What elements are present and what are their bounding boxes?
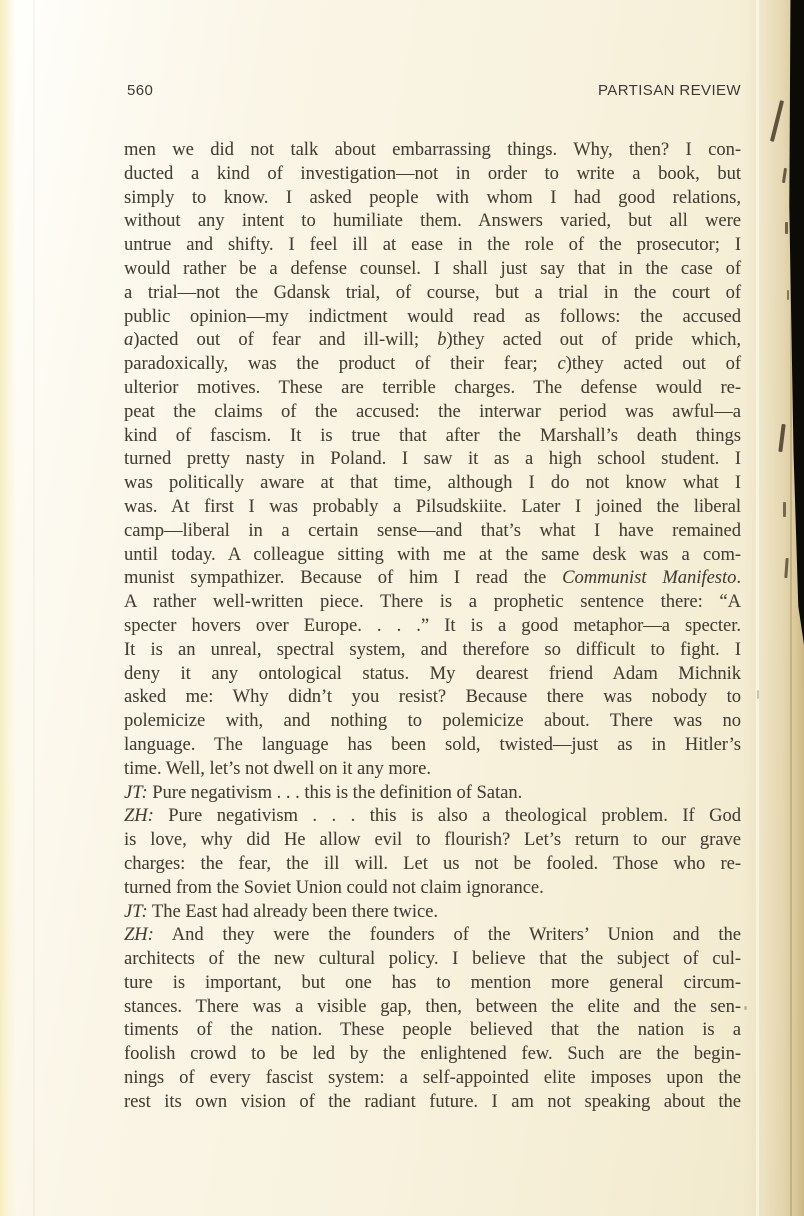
text-line: polemicize with, and nothing to polemici… (124, 710, 741, 734)
text-line: simply to know. I asked people with whom… (124, 187, 741, 211)
text-line: men we did not talk about embarrassing t… (124, 139, 741, 163)
text-line: ZH: Pure negativism . . . this is also a… (124, 805, 741, 829)
text-line: foolish crowd to be led by the enlighten… (124, 1043, 741, 1067)
text-line: architects of the new cultural policy. I… (124, 948, 741, 972)
text-line: kind of fascism. It is true that after t… (124, 425, 741, 449)
text-line: peat the claims of the accused: the inte… (124, 401, 741, 425)
text-line: time. Well, let’s not dwell on it any mo… (124, 758, 741, 782)
journal-title: PARTISAN REVIEW (598, 82, 741, 99)
text-line: without any intent to humiliate them. An… (124, 210, 741, 234)
text-line: It is an unreal, spectral system, and th… (124, 639, 741, 663)
page-header: 560 PARTISAN REVIEW (127, 82, 741, 99)
text-line: ducted a kind of investigation—not in or… (124, 163, 741, 187)
scanned-page: 560 PARTISAN REVIEW men we did not talk … (0, 0, 804, 1216)
page-edge-mark (744, 1006, 747, 1010)
text-line: language. The language has been sold, tw… (124, 734, 741, 758)
text-line: turned pretty nasty in Poland. I saw it … (124, 448, 741, 472)
text-line: turned from the Soviet Union could not c… (124, 877, 741, 901)
text-line: timents of the nation. These people beli… (124, 1019, 741, 1043)
text-line: until today. A colleague sitting with me… (124, 544, 741, 568)
text-line: paradoxically, was the product of their … (124, 353, 741, 377)
text-line: was politically aware at that time, alth… (124, 472, 741, 496)
text-line: ture is important, but one has to mentio… (124, 972, 741, 996)
text-line: was. At first I was probably a Pilsudski… (124, 496, 741, 520)
text-line: A rather well-written piece. There is a … (124, 591, 741, 615)
page-left-edge-tint (0, 0, 16, 1216)
page-left-fold-line (33, 0, 35, 1216)
text-line: charges: the fear, the ill will. Let us … (124, 853, 741, 877)
text-line: is love, why did He allow evil to flouri… (124, 829, 741, 853)
text-line: asked me: Why didn’t you resist? Because… (124, 686, 741, 710)
text-line: rest its own vision of the radiant futur… (124, 1091, 741, 1115)
page-edge-mark (785, 222, 788, 234)
text-line: a trial—not the Gdansk trial, of course,… (124, 282, 741, 306)
body-text: men we did not talk about embarrassing t… (124, 139, 741, 1115)
text-line: ulterior motives. These are terrible cha… (124, 377, 741, 401)
text-line: camp—liberal in a certain sense—and that… (124, 520, 741, 544)
text-line: public opinion—my indictment would read … (124, 306, 741, 330)
text-line: specter hovers over Europe. . . .” It is… (124, 615, 741, 639)
text-line: would rather be a defense counsel. I sha… (124, 258, 741, 282)
text-line: munist sympathizer. Because of him I rea… (124, 567, 741, 591)
text-line: JT: The East had already been there twic… (124, 901, 741, 925)
text-line: deny it any ontological status. My deare… (124, 663, 741, 687)
page-edge-mark (783, 502, 786, 517)
text-line: a)acted out of fear and ill-will; b)they… (124, 329, 741, 353)
text-line: nings of every fascist system: a self-ap… (124, 1067, 741, 1091)
text-line: JT: Pure negativism . . . this is the de… (124, 782, 741, 806)
page-edge-mark (787, 290, 789, 300)
page-number: 560 (127, 82, 153, 99)
text-line: ZH: And they were the founders of the Wr… (124, 924, 741, 948)
text-line: untrue and shifty. I feel ill at ease in… (124, 234, 741, 258)
page-edge-mark (757, 690, 759, 699)
text-line: stances. There was a visible gap, then, … (124, 996, 741, 1020)
